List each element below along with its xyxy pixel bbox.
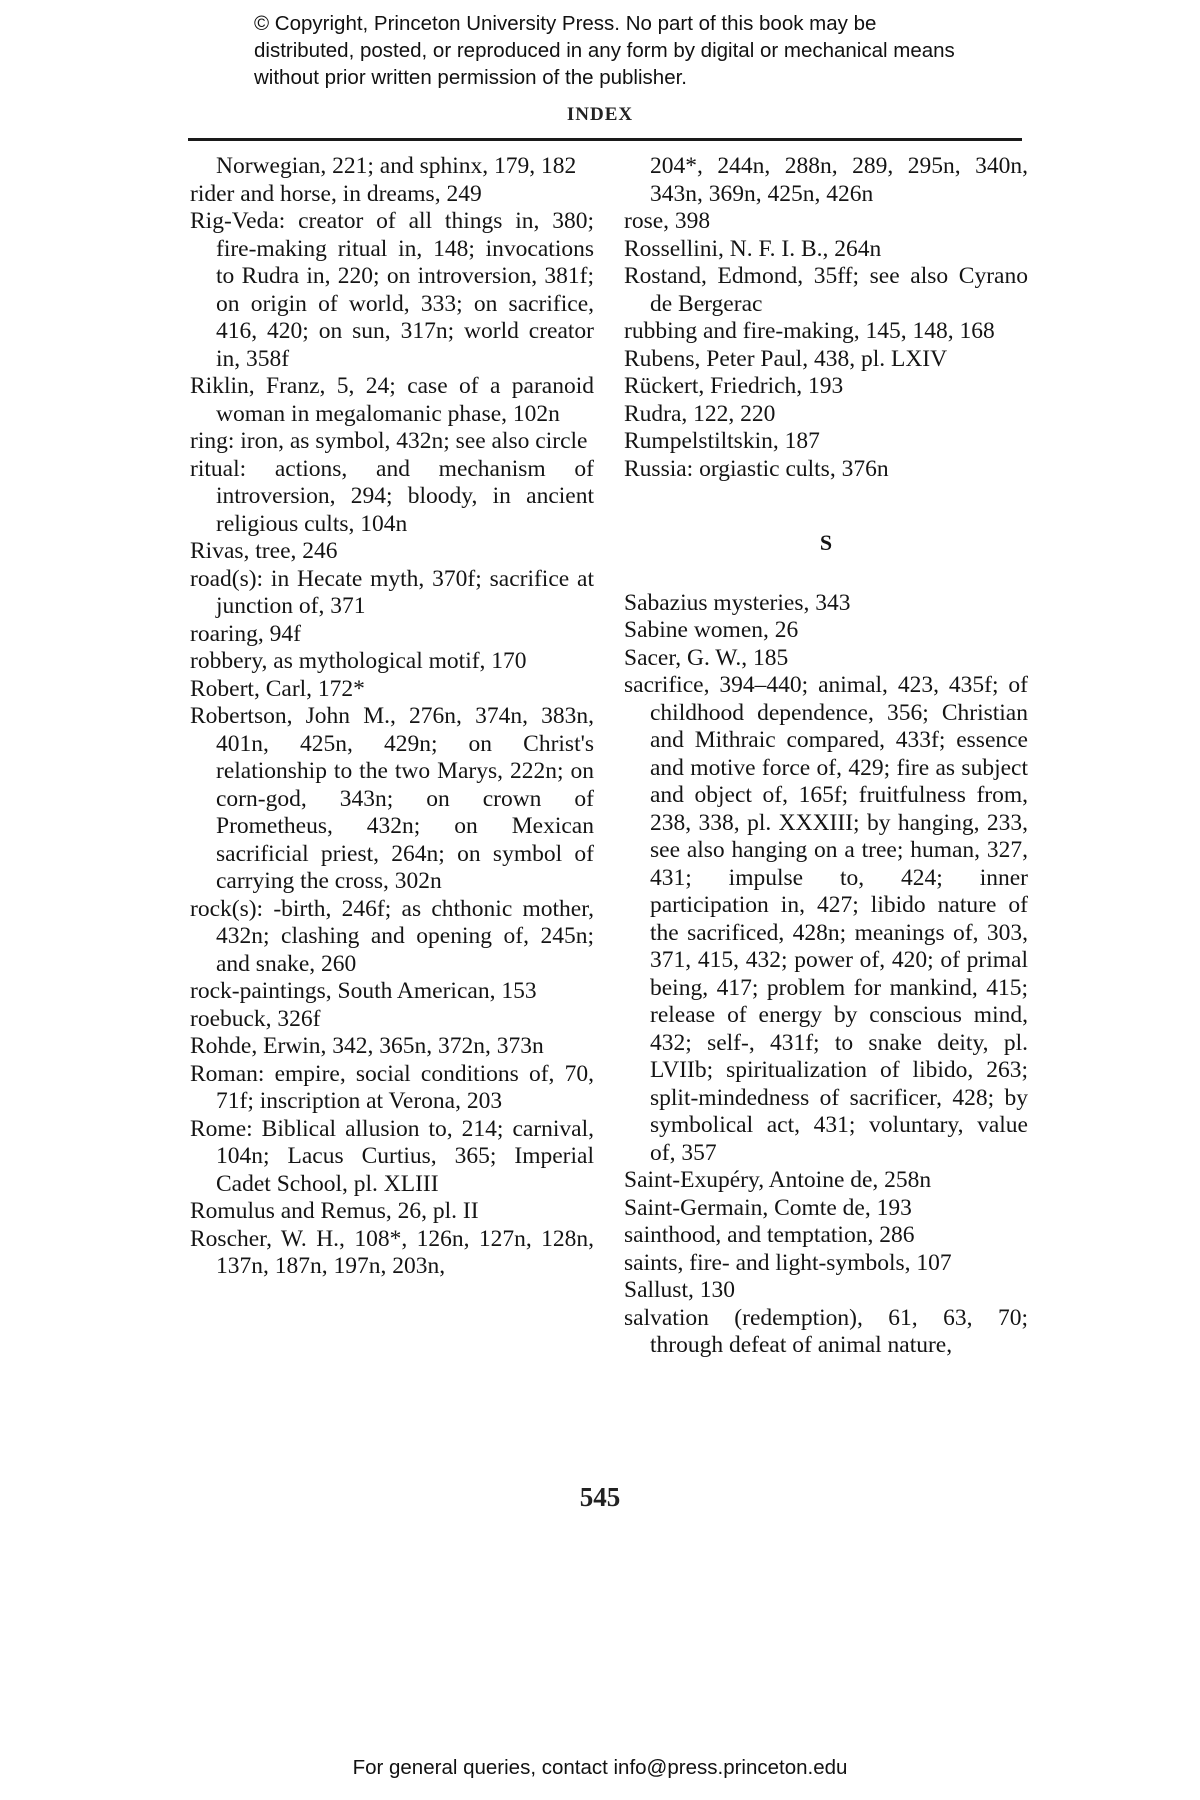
index-entry: sainthood, and temptation, 286 bbox=[624, 1222, 1028, 1250]
index-entry: sacrifice, 394–440; animal, 423, 435f; o… bbox=[624, 672, 1028, 1167]
index-entry: road(s): in Hecate myth, 370f; sacrifice… bbox=[190, 566, 594, 621]
index-entry: Robertson, John M., 276n, 374n, 383n, 40… bbox=[190, 703, 594, 896]
index-entry: Rohde, Erwin, 342, 365n, 372n, 373n bbox=[190, 1033, 594, 1061]
index-entry: Sacer, G. W., 185 bbox=[624, 645, 1028, 673]
index-column-right: 204*, 244n, 288n, 289, 295n, 340n, 343n,… bbox=[624, 153, 1028, 1360]
index-entry: saints, fire- and light-symbols, 107 bbox=[624, 1250, 1028, 1278]
index-entry: roebuck, 326f bbox=[190, 1006, 594, 1034]
index-entry: Sallust, 130 bbox=[624, 1277, 1028, 1305]
index-entry: ring: iron, as symbol, 432n; see also ci… bbox=[190, 428, 594, 456]
index-entry: rock-paintings, South American, 153 bbox=[190, 978, 594, 1006]
index-entry: Roscher, W. H., 108*, 126n, 127n, 128n, … bbox=[190, 1226, 594, 1281]
index-entries-left: rider and horse, in dreams, 249Rig-Veda:… bbox=[190, 181, 594, 1281]
index-entry: Rückert, Friedrich, 193 bbox=[624, 373, 1028, 401]
index-entry: Rubens, Peter Paul, 438, pl. LXIV bbox=[624, 346, 1028, 374]
index-entry: Sabazius mysteries, 343 bbox=[624, 590, 1028, 618]
page-number: 545 bbox=[0, 1482, 1200, 1513]
index-entry: Riklin, Franz, 5, 24; case of a paranoid… bbox=[190, 373, 594, 428]
index-entry: rock(s): -birth, 246f; as chthonic mothe… bbox=[190, 896, 594, 979]
index-entry: Rossellini, N. F. I. B., 264n bbox=[624, 236, 1028, 264]
header-rule bbox=[188, 138, 1022, 141]
index-entry-continuation: Norwegian, 221; and sphinx, 179, 182 bbox=[190, 153, 594, 181]
index-column-left: Norwegian, 221; and sphinx, 179, 182 rid… bbox=[190, 153, 594, 1281]
index-entry: Rivas, tree, 246 bbox=[190, 538, 594, 566]
index-entry: ritual: actions, and mechanism of introv… bbox=[190, 456, 594, 539]
index-entry: Romulus and Remus, 26, pl. II bbox=[190, 1198, 594, 1226]
index-entry: Roman: empire, social conditions of, 70,… bbox=[190, 1061, 594, 1116]
index-entry: Robert, Carl, 172* bbox=[190, 676, 594, 704]
index-entry: Sabine women, 26 bbox=[624, 617, 1028, 645]
index-entry: Russia: orgiastic cults, 376n bbox=[624, 456, 1028, 484]
index-entry: Saint-Exupéry, Antoine de, 258n bbox=[624, 1167, 1028, 1195]
index-entry: Rig-Veda: creator of all things in, 380;… bbox=[190, 208, 594, 373]
index-entry: robbery, as mythological motif, 170 bbox=[190, 648, 594, 676]
index-entry: rubbing and fire-making, 145, 148, 168 bbox=[624, 318, 1028, 346]
index-entry: roaring, 94f bbox=[190, 621, 594, 649]
index-entry: rider and horse, in dreams, 249 bbox=[190, 181, 594, 209]
index-entry: Rome: Biblical allusion to, 214; carniva… bbox=[190, 1116, 594, 1199]
index-entry-continuation: 204*, 244n, 288n, 289, 295n, 340n, 343n,… bbox=[624, 153, 1028, 208]
index-entry: Rudra, 122, 220 bbox=[624, 401, 1028, 429]
index-entries-r: rose, 398Rossellini, N. F. I. B., 264nRo… bbox=[624, 208, 1028, 483]
running-head: INDEX bbox=[0, 104, 1200, 126]
index-entry: Saint-Germain, Comte de, 193 bbox=[624, 1195, 1028, 1223]
index-entries-s: Sabazius mysteries, 343Sabine women, 26S… bbox=[624, 590, 1028, 1360]
index-entry: salvation (redemption), 61, 63, 70; thro… bbox=[624, 1305, 1028, 1360]
index-entry: Rumpelstiltskin, 187 bbox=[624, 428, 1028, 456]
index-entry: Rostand, Edmond, 35ff; see also Cyrano d… bbox=[624, 263, 1028, 318]
section-letter-heading: S bbox=[624, 529, 1028, 557]
copyright-notice: © Copyright, Princeton University Press.… bbox=[254, 10, 974, 91]
footer-contact: For general queries, contact info@press.… bbox=[0, 1756, 1200, 1780]
index-entry: rose, 398 bbox=[624, 208, 1028, 236]
